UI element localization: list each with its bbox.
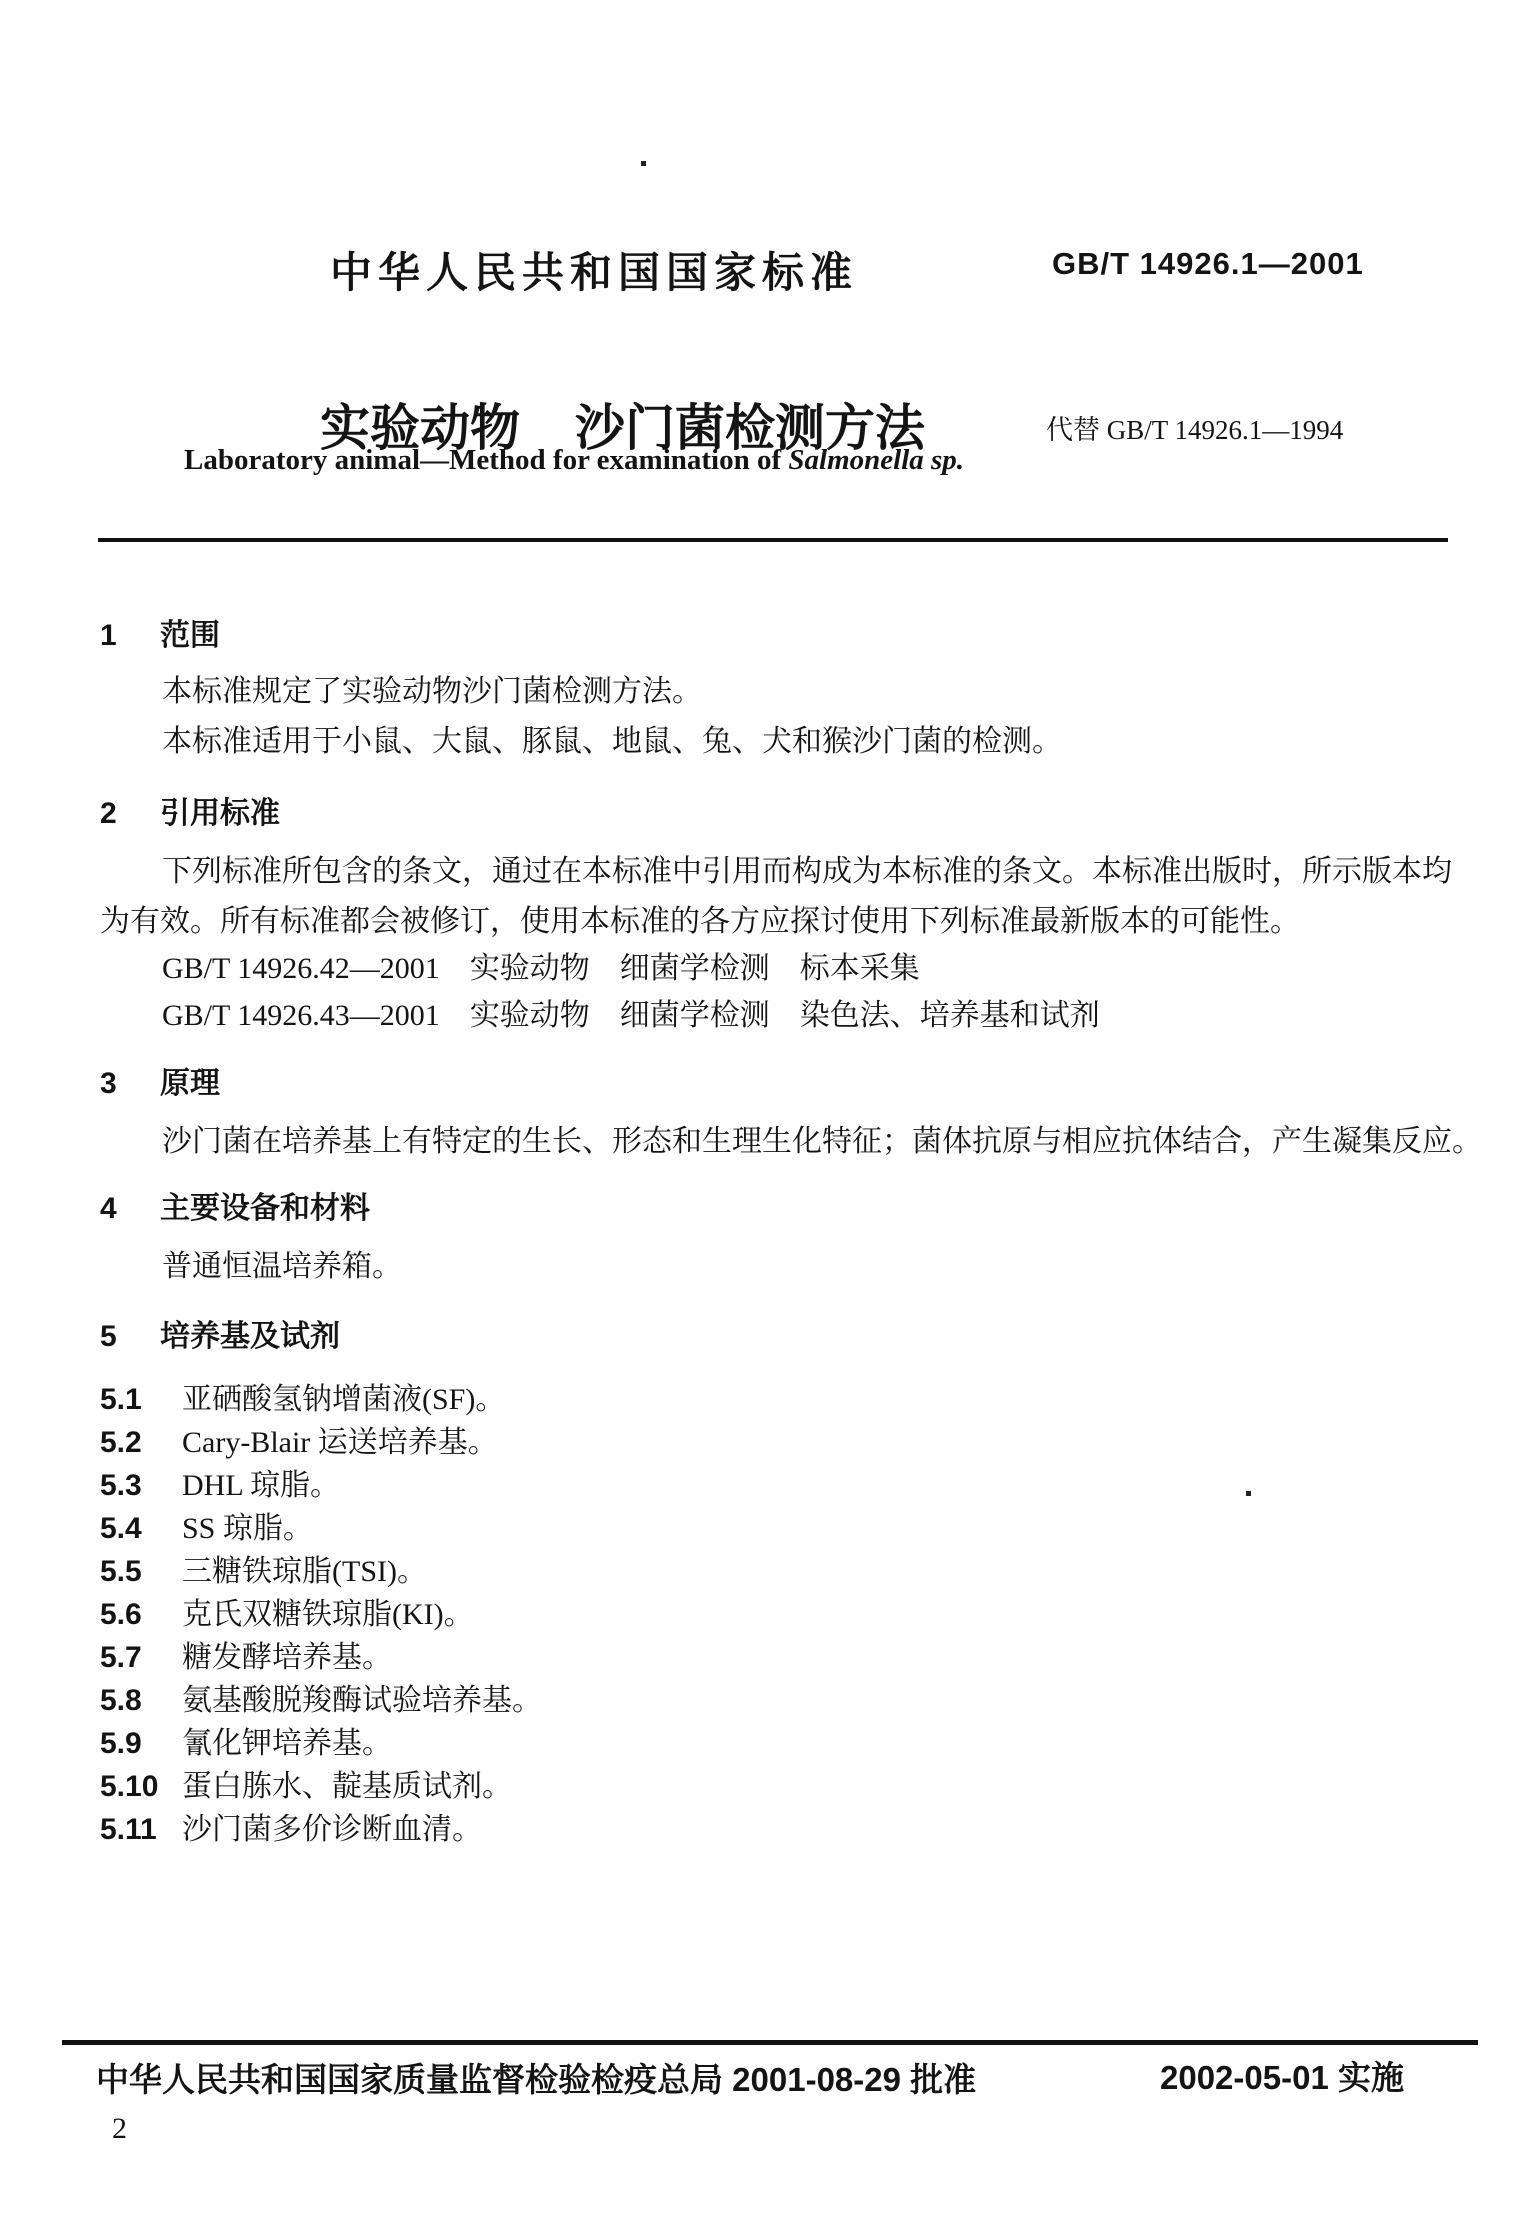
item-number: 5.8 bbox=[100, 1684, 182, 1718]
header-divider-rule bbox=[98, 538, 1448, 542]
item-text: Cary-Blair 运送培养基。 bbox=[182, 1426, 498, 1459]
section-number: 5 bbox=[100, 1320, 160, 1354]
item-text: SS 琼脂。 bbox=[182, 1512, 313, 1545]
paragraph: 本标准规定了实验动物沙门菌检测方法。 bbox=[162, 666, 702, 710]
item-number: 5.5 bbox=[100, 1555, 182, 1589]
paragraph: 沙门菌在培养基上有特定的生长、形态和生理生化特征；菌体抗原与相应抗体结合，产生凝… bbox=[162, 1116, 1482, 1160]
paragraph: 下列标准所包含的条文，通过在本标准中引用而构成为本标准的条文。本标准出版时，所示… bbox=[162, 846, 1452, 890]
section-number: 2 bbox=[100, 797, 160, 831]
item-number: 5.1 bbox=[100, 1383, 182, 1417]
paragraph: 本标准适用于小鼠、大鼠、豚鼠、地鼠、兔、犬和猴沙门菌的检测。 bbox=[162, 716, 1062, 760]
item-text: 氨基酸脱羧酶试验培养基。 bbox=[182, 1684, 542, 1717]
item-number: 5.2 bbox=[100, 1426, 182, 1460]
section-title: 引用标准 bbox=[160, 797, 280, 830]
section-title: 主要设备和材料 bbox=[160, 1192, 370, 1225]
standard-type-heading: 中华人民共和国国家标准 bbox=[330, 240, 858, 300]
list-item: 5.6克氏双糖铁琼脂(KI)。 bbox=[100, 1589, 474, 1633]
footer-divider-rule bbox=[62, 2040, 1478, 2045]
section-heading-5: 5培养基及试剂 bbox=[100, 1311, 340, 1355]
item-number: 5.4 bbox=[100, 1512, 182, 1546]
list-item: 5.3DHL 琼脂。 bbox=[100, 1460, 340, 1504]
list-item: 5.2Cary-Blair 运送培养基。 bbox=[100, 1417, 498, 1461]
section-heading-1: 1范围 bbox=[100, 610, 220, 654]
item-number: 5.3 bbox=[100, 1469, 182, 1503]
list-item: 5.5三糖铁琼脂(TSI)。 bbox=[100, 1546, 427, 1590]
scan-artifact-dot bbox=[641, 161, 646, 166]
approval-statement: 中华人民共和国国家质量监督检验检疫总局 2001-08-29 批准 bbox=[96, 2054, 976, 2101]
standard-code: GB/T 14926.1—2001 bbox=[1052, 246, 1364, 282]
item-number: 5.6 bbox=[100, 1598, 182, 1632]
section-heading-4: 4主要设备和材料 bbox=[100, 1183, 370, 1227]
implementation-date: 2002-05-01 实施 bbox=[1160, 2052, 1404, 2099]
section-heading-3: 3原理 bbox=[100, 1058, 220, 1102]
list-item: 5.4SS 琼脂。 bbox=[100, 1503, 313, 1547]
list-item: 5.7糖发酵培养基。 bbox=[100, 1632, 392, 1676]
section-number: 3 bbox=[100, 1067, 160, 1101]
list-item: 5.10蛋白胨水、靛基质试剂。 bbox=[100, 1761, 512, 1805]
item-text: 糖发酵培养基。 bbox=[182, 1641, 392, 1674]
document-title-en-species: Salmonella sp. bbox=[788, 444, 964, 476]
list-item: 5.9氰化钾培养基。 bbox=[100, 1718, 392, 1762]
replaces-note: 代替 GB/T 14926.1—1994 bbox=[1046, 408, 1343, 447]
item-number: 5.9 bbox=[100, 1727, 182, 1761]
list-item: 5.1亚硒酸氢钠增菌液(SF)。 bbox=[100, 1374, 505, 1418]
section-title: 原理 bbox=[160, 1067, 220, 1100]
page-number: 2 bbox=[112, 2112, 127, 2146]
item-text: 克氏双糖铁琼脂(KI)。 bbox=[182, 1598, 474, 1631]
list-item: 5.11沙门菌多价诊断血清。 bbox=[100, 1804, 482, 1848]
item-text: 氰化钾培养基。 bbox=[182, 1727, 392, 1760]
paragraph: 为有效。所有标准都会被修订，使用本标准的各方应探讨使用下列标准最新版本的可能性。 bbox=[100, 896, 1300, 940]
item-number: 5.11 bbox=[100, 1813, 182, 1847]
item-text: 蛋白胨水、靛基质试剂。 bbox=[182, 1770, 512, 1803]
document-title-en: Laboratory animal—Method for examination… bbox=[184, 444, 964, 477]
scan-artifact-dot bbox=[1246, 1491, 1251, 1496]
section-heading-2: 2引用标准 bbox=[100, 788, 280, 832]
item-number: 5.7 bbox=[100, 1641, 182, 1675]
item-text: DHL 琼脂。 bbox=[182, 1469, 340, 1502]
section-number: 4 bbox=[100, 1192, 160, 1226]
paragraph: 普通恒温培养箱。 bbox=[162, 1241, 402, 1285]
item-number: 5.10 bbox=[100, 1770, 182, 1804]
item-text: 亚硒酸氢钠增菌液(SF)。 bbox=[182, 1383, 505, 1416]
referenced-standard: GB/T 14926.43—2001 实验动物 细菌学检测 染色法、培养基和试剂 bbox=[162, 990, 1100, 1034]
document-title-en-main: Laboratory animal—Method for examination… bbox=[184, 444, 788, 476]
section-number: 1 bbox=[100, 619, 160, 653]
referenced-standard: GB/T 14926.42—2001 实验动物 细菌学检测 标本采集 bbox=[162, 943, 920, 987]
section-title: 范围 bbox=[160, 619, 220, 652]
item-text: 三糖铁琼脂(TSI)。 bbox=[182, 1555, 427, 1588]
item-text: 沙门菌多价诊断血清。 bbox=[182, 1813, 482, 1846]
list-item: 5.8氨基酸脱羧酶试验培养基。 bbox=[100, 1675, 542, 1719]
document-page: 中华人民共和国国家标准 GB/T 14926.1—2001 实验动物沙门菌检测方… bbox=[0, 0, 1537, 2214]
section-title: 培养基及试剂 bbox=[160, 1320, 340, 1353]
